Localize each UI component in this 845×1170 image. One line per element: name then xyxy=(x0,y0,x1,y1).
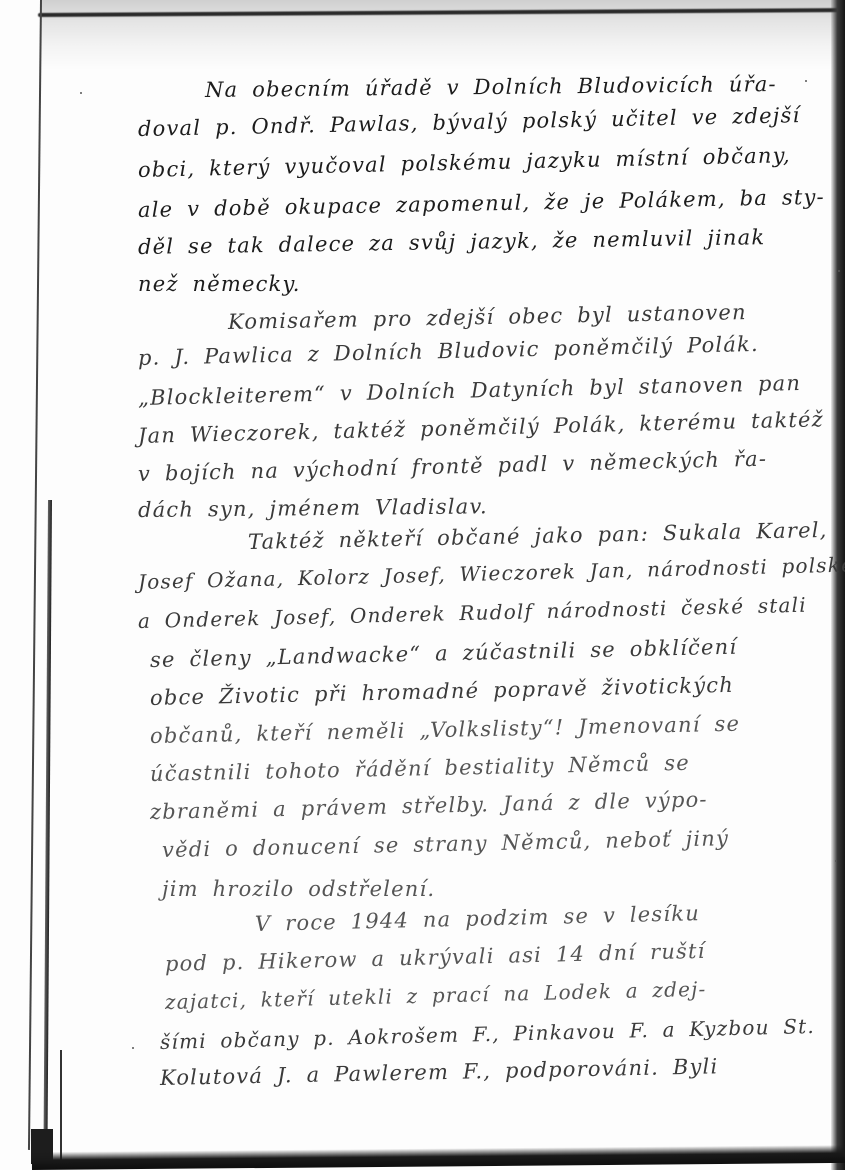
text-line: obci, který vyučoval polskému jazyku mís… xyxy=(138,143,791,182)
text-line: a Onderek Josef, Onderek Rudolf národnos… xyxy=(138,593,807,633)
text-line: jim hrozilo odstřelení. xyxy=(162,877,435,901)
text-line: se členy „Landwacke“ a zúčastnili se obk… xyxy=(150,635,738,672)
text-line: ale v době okupace zapomenul, že je Polá… xyxy=(138,185,825,222)
text-line: dách syn, jménem Vladislav. xyxy=(138,494,488,522)
text-line: pod p. Hikerow a ukrývali asi 14 dní ruš… xyxy=(165,939,706,976)
text-line: doval p. Ondř. Pawlas, bývalý polský uči… xyxy=(138,103,801,141)
text-line: Komisařem pro zdejší obec byl ustanoven xyxy=(228,300,747,334)
text-line: vědi o donucení se strany Němců, neboť j… xyxy=(162,826,730,862)
text-line: V roce 1944 na podzim se v lesíku xyxy=(255,901,700,936)
text-line: než německy. xyxy=(138,272,301,296)
text-line: Josef Ožana, Kolorz Josef, Wieczorek Jan… xyxy=(138,553,845,594)
text-line: děl se tak dalece za svůj jazyk, že neml… xyxy=(138,225,766,259)
text-line: zbraněmi a právem střelby. Janá z dle vý… xyxy=(150,787,708,824)
text-line: zajatci, kteří utekli z prací na Lodek a… xyxy=(165,977,707,1014)
text-line: Taktéž někteří občané jako pan: Sukala K… xyxy=(248,518,828,554)
text-line: obce Životic při hromadné popravě životi… xyxy=(150,673,734,710)
text-line: Jan Wieczorek, taktéž poněmčilý Polák, k… xyxy=(138,407,824,448)
text-line: Kolutová J. a Pawlerem F., podporováni. … xyxy=(160,1054,719,1090)
text-line: šími občany p. Aokrošem F., Pinkavou F. … xyxy=(160,1014,815,1054)
text-line: „Blockleiterem“ v Dolních Datyních byl s… xyxy=(138,371,802,410)
text-line: p. J. Pawlica z Dolních Bludovic poněmči… xyxy=(138,332,759,370)
text-line: v bojích na východní frontě padl v němec… xyxy=(138,447,768,486)
scanned-page: Na obecním úřadě v Dolních Bludovicích ú… xyxy=(0,0,845,1170)
handwritten-text: Na obecním úřadě v Dolních Bludovicích ú… xyxy=(0,0,845,1170)
text-line: účastnili tohoto řádění bestiality Němců… xyxy=(150,751,690,786)
text-line: občanů, kteří neměli „Volkslisty“! Jmeno… xyxy=(150,712,741,748)
text-line: Na obecním úřadě v Dolních Bludovicích ú… xyxy=(205,72,777,102)
